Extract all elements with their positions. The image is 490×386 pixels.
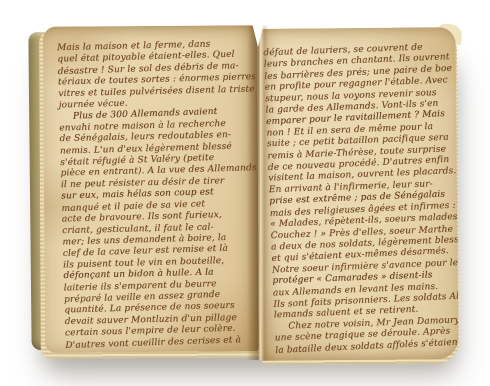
right-page: défaut de lauriers, se couvrent deleurs … <box>258 27 459 361</box>
right-page-text: défaut de lauriers, se couvrent deleurs … <box>258 27 459 361</box>
photo-canvas: Mais la maison et la ferme, dansquel éta… <box>0 0 490 386</box>
notebook: Mais la maison et la ferme, dansquel éta… <box>28 10 462 372</box>
left-page: Mais la maison et la ferme, dansquel éta… <box>43 25 259 352</box>
left-page-text: Mais la maison et la ferme, dansquel éta… <box>43 25 259 352</box>
